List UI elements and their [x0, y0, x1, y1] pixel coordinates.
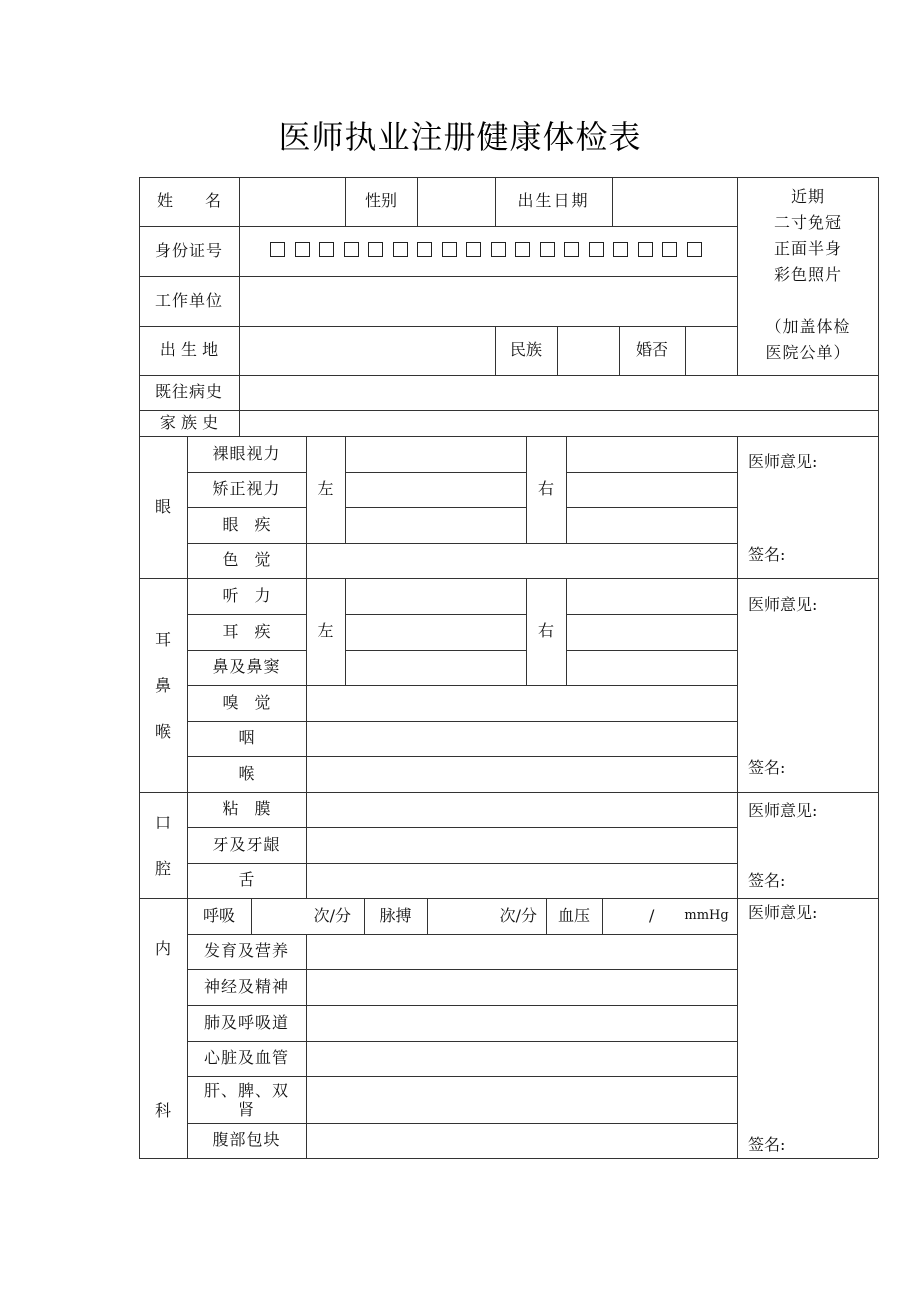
eye-left-label: 左	[306, 436, 345, 543]
eye-right-disease-field[interactable]	[567, 508, 736, 542]
id-digit-box[interactable]	[319, 242, 334, 257]
ent-row-label: 咽	[187, 721, 306, 756]
color-vision-field[interactable]	[307, 544, 736, 577]
id-digit-box[interactable]	[368, 242, 383, 257]
pulse-label: 脉搏	[364, 898, 427, 934]
id-digit-box[interactable]	[417, 242, 432, 257]
ent-row-label: 喉	[187, 756, 306, 792]
respiration-unit: 次/分	[314, 906, 351, 927]
id-digit-box[interactable]	[662, 242, 677, 257]
larynx-field[interactable]	[307, 757, 736, 791]
nervous-mental-field[interactable]	[307, 970, 736, 1004]
dob-label: 出生日期	[495, 177, 612, 226]
mouth-doctor-opinion-label: 医师意见:	[748, 799, 873, 823]
gender-label: 性别	[345, 177, 417, 226]
table-border-right	[878, 177, 879, 1158]
ent-right-ear-disease-field[interactable]	[567, 615, 736, 649]
lung-respiratory-field[interactable]	[307, 1006, 736, 1040]
mouth-row-label: 舌	[187, 863, 306, 898]
ent-left-label: 左	[306, 578, 345, 685]
pharynx-field[interactable]	[307, 722, 736, 755]
mouth-row-label: 牙及牙龈	[187, 827, 306, 863]
id-digit-box[interactable]	[589, 242, 604, 257]
blood-pressure-label: 血压	[546, 898, 602, 934]
development-nutrition-field[interactable]	[307, 935, 736, 968]
medical-history-field[interactable]	[240, 376, 877, 409]
smell-field[interactable]	[307, 686, 736, 720]
ent-left-nose-field[interactable]	[346, 651, 525, 684]
family-history-field[interactable]	[240, 411, 877, 435]
id-digit-box[interactable]	[613, 242, 628, 257]
eye-signature-label: 签名:	[748, 543, 873, 567]
id-digit-box[interactable]	[638, 242, 653, 257]
id-digit-box[interactable]	[466, 242, 481, 257]
mucosa-field[interactable]	[307, 793, 736, 826]
eye-row-label: 眼 疾	[187, 507, 306, 543]
ethnicity-field[interactable]	[558, 327, 618, 374]
id-digit-box[interactable]	[491, 242, 506, 257]
ent-right-hearing-field[interactable]	[567, 579, 736, 613]
blood-pressure-field[interactable]: / mmHg	[603, 899, 736, 933]
id-digit-box[interactable]	[295, 242, 310, 257]
id-digit-box[interactable]	[515, 242, 530, 257]
eye-row-label: 裸眼视力	[187, 436, 306, 472]
health-exam-form: 姓 名 性别 出生日期 身份证号 工作单位 出 生 地 民族 婚否 近期 二寸免…	[0, 0, 920, 1302]
name-label: 姓 名	[139, 177, 239, 226]
internal-row-label: 腹部包块	[187, 1123, 306, 1158]
bp-separator: /	[649, 906, 654, 927]
teeth-gums-field[interactable]	[307, 828, 736, 862]
id-digit-box[interactable]	[393, 242, 408, 257]
ent-doctor-opinion-label: 医师意见:	[748, 593, 873, 617]
ent-right-label: 右	[526, 578, 566, 685]
respiration-label: 呼吸	[187, 898, 251, 934]
eye-right-label: 右	[526, 436, 566, 543]
eye-row-label: 色 觉	[187, 543, 306, 578]
name-field[interactable]	[240, 178, 344, 225]
id-digit-box[interactable]	[687, 242, 702, 257]
ethnicity-label: 民族	[495, 326, 557, 375]
tongue-field[interactable]	[307, 864, 736, 897]
bp-unit: mmHg	[684, 908, 728, 925]
ent-row-label: 嗅 觉	[187, 685, 306, 721]
dob-field[interactable]	[613, 178, 736, 225]
internal-row-label: 肝、脾、双 肾	[187, 1076, 306, 1123]
id-number-boxes[interactable]	[270, 242, 702, 257]
internal-section-label-top: 内	[139, 934, 187, 964]
gender-field[interactable]	[418, 178, 494, 225]
ent-row-label: 鼻及鼻窦	[187, 650, 306, 685]
eye-section-label: 眼	[139, 436, 187, 578]
pulse-unit: 次/分	[500, 906, 537, 927]
eye-doctor-opinion-label: 医师意见:	[748, 450, 873, 474]
abdominal-mass-field[interactable]	[307, 1124, 736, 1157]
eye-right-naked-vision-field[interactable]	[567, 437, 736, 471]
id-digit-box[interactable]	[540, 242, 555, 257]
mouth-row-label: 粘 膜	[187, 792, 306, 827]
marital-field[interactable]	[686, 327, 736, 374]
internal-row-label: 肺及呼吸道	[187, 1005, 306, 1041]
birthplace-label: 出 生 地	[139, 326, 239, 375]
internal-row-label: 发育及营养	[187, 934, 306, 969]
respiration-field[interactable]: 次/分	[252, 899, 363, 933]
id-digit-box[interactable]	[564, 242, 579, 257]
ent-left-hearing-field[interactable]	[346, 579, 525, 613]
ent-row-label: 耳 疾	[187, 614, 306, 650]
medical-history-label: 既往病史	[139, 375, 239, 410]
ent-section-label: 耳 鼻 喉	[139, 578, 187, 792]
mouth-signature-label: 签名:	[748, 869, 873, 893]
heart-vessels-field[interactable]	[307, 1042, 736, 1075]
id-digit-box[interactable]	[344, 242, 359, 257]
family-history-label: 家 族 史	[139, 410, 239, 436]
id-label: 身份证号	[139, 226, 239, 276]
liver-spleen-kidney-field[interactable]	[307, 1077, 736, 1122]
eye-right-corrected-vision-field[interactable]	[567, 473, 736, 506]
marital-label: 婚否	[619, 326, 685, 375]
internal-row-label: 神经及精神	[187, 969, 306, 1005]
table-border-bottom	[139, 1158, 878, 1159]
grid-line	[239, 226, 737, 227]
internal-signature-label: 签名:	[748, 1133, 873, 1157]
work-field[interactable]	[240, 277, 736, 325]
birthplace-field[interactable]	[240, 327, 494, 374]
grid-line	[737, 436, 738, 1158]
eye-left-corrected-vision-field[interactable]	[346, 473, 525, 506]
internal-row-label: 心脏及血管	[187, 1041, 306, 1076]
ent-row-label: 听 力	[187, 578, 306, 614]
photo-area[interactable]: 近期 二寸免冠 正面半身 彩色照片 （加盖体检 医院公单）	[738, 184, 878, 370]
internal-section-label-bottom: 科	[139, 1096, 187, 1126]
eye-row-label: 矫正视力	[187, 472, 306, 507]
eye-left-disease-field[interactable]	[346, 508, 525, 542]
ent-signature-label: 签名:	[748, 756, 873, 780]
id-digit-box[interactable]	[442, 242, 457, 257]
pulse-field[interactable]: 次/分	[428, 899, 545, 933]
eye-left-naked-vision-field[interactable]	[346, 437, 525, 471]
internal-doctor-opinion-label: 医师意见:	[748, 901, 873, 925]
work-label: 工作单位	[139, 276, 239, 326]
ent-right-nose-field[interactable]	[567, 651, 736, 684]
mouth-section-label: 口 腔	[139, 792, 187, 898]
ent-left-ear-disease-field[interactable]	[346, 615, 525, 649]
id-digit-box[interactable]	[270, 242, 285, 257]
